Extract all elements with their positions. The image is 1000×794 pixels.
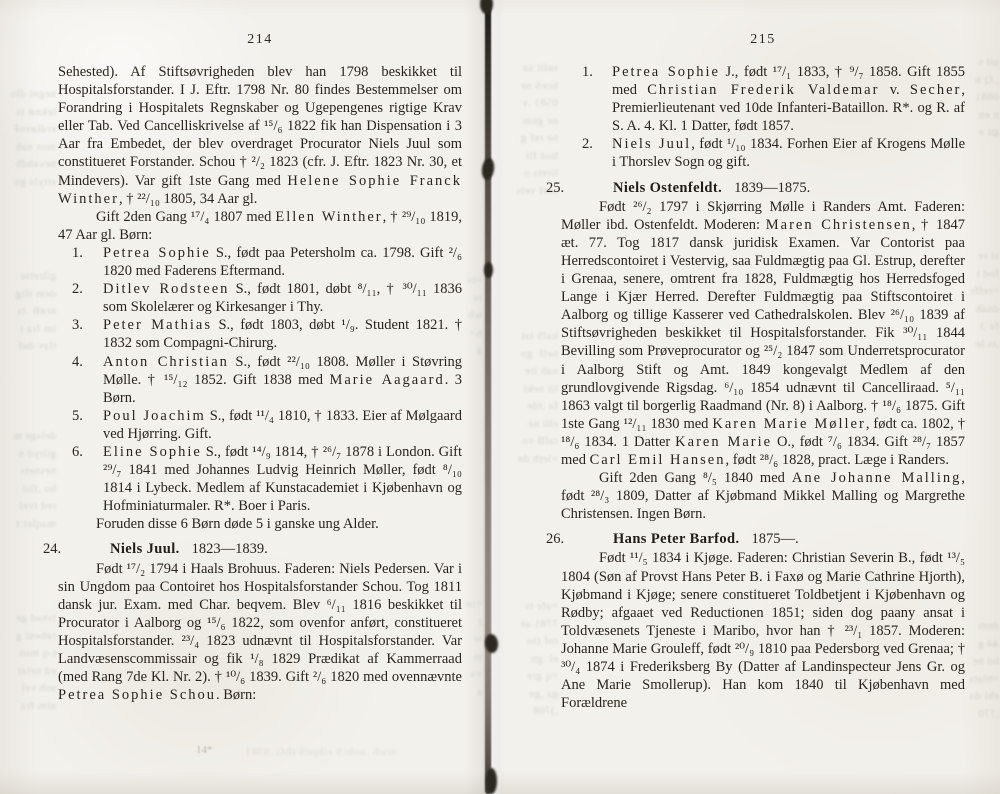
list-item: 4.Anton Christian S., født ²²/₁₀ 1808. M… xyxy=(58,353,462,407)
entry-heading: 26.Hans Peter Barfod.1875—. xyxy=(561,530,965,548)
item-number: 5. xyxy=(72,407,83,425)
showthrough-text: lsnad ge røbeni g t-q msn ed nelat soh v… xyxy=(0,610,56,715)
paragraph: Sehested). Af Stiftsøvrigheden blev han … xyxy=(58,63,462,208)
entry-heading: 25.Niels Ostenfeldt.1839—1875. xyxy=(561,179,965,197)
spaced-name: Poul Joachim xyxy=(103,408,206,424)
spaced-name: Petrea Sophie xyxy=(612,64,720,80)
showthrough-text: dnm 44 g bo ne =blats ehl da ,770 xyxy=(963,618,999,723)
entry-years: 1875—. xyxy=(752,531,799,547)
showthrough-text: =afe ts 7781 ae rof (to el .gn =q gre ga… xyxy=(506,598,558,721)
spaced-name: Christian Frederik Valdemar xyxy=(647,82,879,98)
page-text-block: 1.Petrea Sophie J., født ¹⁷/₁ 1833, † ⁹/… xyxy=(561,63,965,712)
entry-title: Niels Juul. xyxy=(110,541,180,557)
list-item: 1.Petrea Sophie J., født ¹⁷/₁ 1833, † ⁹/… xyxy=(561,63,965,135)
gutter-highlight xyxy=(492,0,503,794)
item-number: 1. xyxy=(582,63,593,81)
item-number: 2. xyxy=(582,135,593,153)
entry-years: 1823—1839. xyxy=(192,541,268,557)
item-number: 3. xyxy=(72,316,83,334)
gutter-ink-blob xyxy=(484,262,493,278)
page-214: 214 Sehested). Af Stiftsøvrigheden blev … xyxy=(58,0,462,794)
showthrough-text: uit s ,.Q n 0881 n en gn e xyxy=(963,54,999,142)
entry-title: Hans Peter Barfod. xyxy=(613,531,740,547)
page-number: 214 xyxy=(58,32,462,50)
list-item: 5.Poul Joachim S., født ¹¹/₄ 1810, † 183… xyxy=(58,407,462,443)
item-number: 6. xyxy=(72,443,83,461)
paragraph: Gift 2den Gang ¹⁷/₄ 1807 med Ellen Winth… xyxy=(58,208,462,244)
paragraph: Født ²⁶/₂ 1797 i Skjørring Mølle i Rande… xyxy=(561,198,965,469)
paragraph: Født ¹⁷/₂ 1794 i Haals Brohuus. Faderen:… xyxy=(58,560,462,705)
spaced-name: Eline Sophie xyxy=(103,444,202,460)
showthrough-text: kalS tat nelf .gn nab ire lit nekl fa ,t… xyxy=(506,328,558,468)
spaced-name: Petrea Sophie xyxy=(103,245,211,261)
entry-number: 26. xyxy=(546,530,564,548)
spaced-name: Ellen Winther xyxy=(275,209,382,225)
spaced-name: Karen Marie Møller xyxy=(712,416,865,432)
spaced-name: Ditlev Rodsteen xyxy=(103,281,229,297)
spaced-name: Helene Sophie Franck Winther xyxy=(58,173,462,207)
paragraph: Født ¹¹/₅ 1834 i Kjøge. Faderen: Christi… xyxy=(561,549,965,712)
entry-years: 1839—1875. xyxy=(734,180,810,196)
item-number: 4. xyxy=(72,353,83,371)
list-item: 6.Eline Sophie S., født ¹⁴/₉ 1814, † ²⁶/… xyxy=(58,443,462,515)
page-text-block: Sehested). Af Stiftsøvrigheden blev han … xyxy=(58,63,462,704)
entry-title: Niels Ostenfeldt. xyxy=(613,180,722,196)
gutter-ink-blob xyxy=(486,768,497,794)
spaced-name: Secher xyxy=(910,82,961,98)
showthrough-text: negni dlo teknæ ts erdlæroF mos nah neva… xyxy=(2,86,56,191)
item-number: 1. xyxy=(72,244,83,262)
entry-number: 25. xyxy=(546,179,564,197)
spaced-name: Karen Marie xyxy=(675,434,772,450)
showthrough-text: delsge m giltyd n nesnets bo ,flil red t… xyxy=(2,428,56,533)
entry-number: 24. xyxy=(43,540,61,558)
item-number: 2. xyxy=(72,280,83,298)
spaced-name: Marie Aagaard xyxy=(329,372,444,388)
page-215: 215 1.Petrea Sophie J., født ¹⁷/₁ 1833, … xyxy=(561,0,965,794)
spaced-name: Peter Mathias xyxy=(103,317,212,333)
spaced-name: Maren Christensen xyxy=(766,217,912,233)
paragraph: Foruden disse 6 Børn døde 5 i ganske ung… xyxy=(58,515,462,533)
entry-heading: 24.Niels Juul.1823—1839. xyxy=(58,540,462,558)
spaced-name: Niels Juul xyxy=(612,136,691,152)
spaced-name: Carl Emil Hansen xyxy=(590,452,726,468)
book-scan-spread: { "pages": [ { "number": "214", "blocks"… xyxy=(0,0,1000,794)
showthrough-text: gilretse dem tfig nrøB .ts im fra t tlav… xyxy=(0,268,56,356)
list-item: 3.Peter Mathias S., født 1803, døbt ¹/₉.… xyxy=(58,316,462,352)
list-item: 1.Petrea Sophie S., født paa Petersholm … xyxy=(58,244,462,280)
showthrough-text: si re fod t =reffe dnah fa ,t ,ts le xyxy=(963,248,999,353)
list-item: 2.Niels Juul, født ¹/₁₀ 1834. Forhen Eie… xyxy=(561,135,965,171)
spaced-name: Anton Christian xyxy=(103,354,229,370)
binding-gutter-shadow xyxy=(485,0,491,794)
spaced-name: Ane Johanne Malling xyxy=(792,470,962,486)
paragraph: Gift 2den Gang ⁸/₅ 1840 med Ane Johanne … xyxy=(561,469,965,523)
page-number: 215 xyxy=(561,32,965,50)
list-item: 2.Ditlev Rodsteen S., født 1801, døbt ⁸/… xyxy=(58,280,462,316)
spaced-name: Petrea Sophie Schou xyxy=(58,687,216,703)
